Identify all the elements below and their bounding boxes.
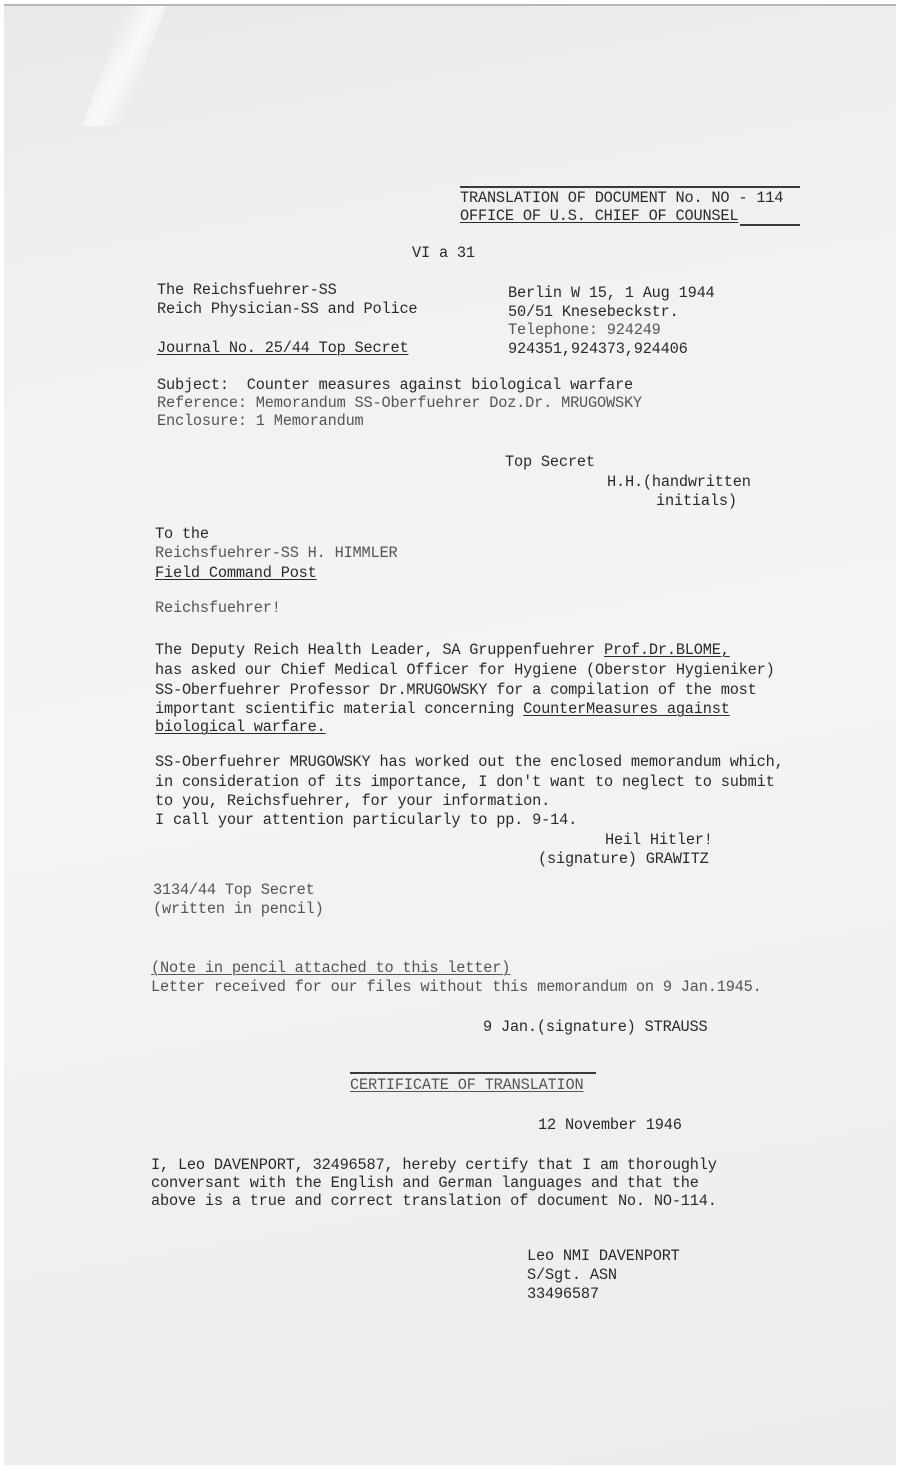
body-p2-line-4: I call your attention particularly to pp… [155,810,577,830]
attached-note-signature: 9 Jan.(signature) STRAUSS [483,1017,708,1037]
header-bottom-rule [740,224,800,226]
sender-line-1: The Reichsfuehrer-SS [157,280,337,300]
sender-line-2: Reich Physician-SS and Police [157,299,417,319]
translator-number: 33496587 [527,1284,599,1304]
certificate-line-3: above is a true and correct translation … [151,1191,717,1211]
recipient-line-1: To the [155,524,209,544]
top-secret-mark: Top Secret [505,452,595,472]
recipient-line-3: Field Command Post [155,563,317,583]
journal-number: Journal No. 25/44 Top Secret [157,338,408,358]
body-p1-line-1: The Deputy Reich Health Leader, SA Grupp… [155,640,730,660]
office-title: OFFICE OF U.S. CHIEF OF COUNSEL [460,206,738,226]
certificate-title: CERTIFICATE OF TRANSLATION [350,1075,583,1095]
file-reference: VI a 31 [412,243,475,263]
body-p1-line-3: SS-Oberfuehrer Professor Dr.MRUGOWSKY fo… [155,680,757,700]
countermeasures-phrase: CounterMeasures against [523,700,730,718]
translator-name: Leo NMI DAVENPORT [527,1246,680,1266]
translator-rank: S/Sgt. ASN [527,1265,617,1285]
address-line-1: Berlin W 15, 1 Aug 1944 [508,283,715,303]
pencil-note-2: (written in pencil) [153,899,324,919]
body-p1-text-1: The Deputy Reich Health Leader, SA Grupp… [155,641,604,659]
salutation: Reichsfuehrer! [155,598,281,618]
body-p2-line-1: SS-Oberfuehrer MRUGOWSKY has worked out … [155,752,784,772]
attached-note-heading: (Note in pencil attached to this letter) [151,958,510,978]
body-p2-line-2: in consideration of its importance, I do… [155,772,775,792]
pencil-note-1: 3134/44 Top Secret [153,880,315,900]
body-p1-text-4: important scientific material concerning [155,700,523,718]
body-p1-line-5: biological warfare. [155,717,326,737]
paper-crease [82,6,166,126]
blome-name: Prof.Dr.BLOME, [604,641,730,659]
body-p2-line-3: to you, Reichsfuehrer, for your informat… [155,791,550,811]
certificate-date: 12 November 1946 [538,1115,682,1135]
signature-grawitz: (signature) GRAWITZ [538,849,709,869]
initials-note-2: initials) [656,491,737,511]
certificate-top-rule [350,1072,596,1074]
recipient-line-2: Reichsfuehrer-SS H. HIMMLER [155,543,397,563]
address-telephone: Telephone: 924249 [508,320,661,340]
closing: Heil Hitler! [605,830,713,850]
enclosure-line: Enclosure: 1 Memorandum [157,411,364,431]
attached-note-text: Letter received for our files without th… [151,977,762,997]
body-p1-line-2: has asked our Chief Medical Officer for … [155,660,775,680]
initials-note-1: H.H.(handwritten [607,472,751,492]
address-telephone-numbers: 924351,924373,924406 [508,339,688,359]
